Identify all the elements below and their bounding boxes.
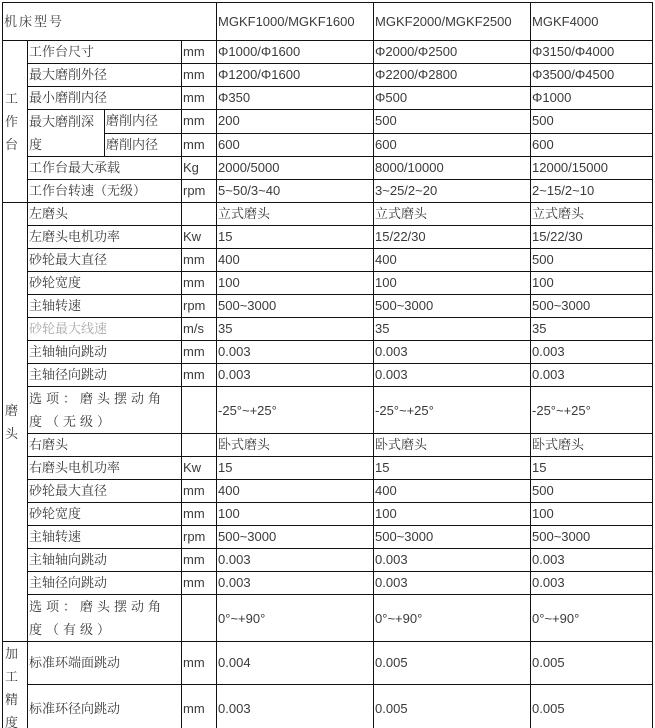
- row-unit: Kw: [182, 226, 217, 249]
- table-row: 选项：磨头摆动角度（有级） 0°~+90° 0°~+90° 0°~+90°: [3, 595, 653, 642]
- cell-value: 400: [217, 249, 374, 272]
- cell-value: 15: [217, 457, 374, 480]
- row-label: 砂轮最大线速: [28, 318, 182, 341]
- row-unit: Kw: [182, 457, 217, 480]
- row-label: 主轴转速: [28, 526, 182, 549]
- cell-value: Φ1000/Φ1600: [217, 41, 374, 64]
- table-row: 磨头 左磨头 立式磨头 立式磨头 立式磨头: [3, 203, 653, 226]
- cell-value: Φ1000: [531, 87, 653, 110]
- cell-value: 12000/15000: [531, 157, 653, 180]
- cell-value: 0.003: [531, 364, 653, 387]
- cell-value: -25°~+25°: [374, 387, 531, 434]
- row-unit: rpm: [182, 526, 217, 549]
- table-row: 工作台 工作台尺寸 mm Φ1000/Φ1600 Φ2000/Φ2500 Φ31…: [3, 41, 653, 64]
- row-label: 砂轮宽度: [28, 503, 182, 526]
- row-label: 主轴转速: [28, 295, 182, 318]
- cell-value: 5~50/3~40: [217, 180, 374, 203]
- row-unit: mm: [182, 684, 217, 728]
- cell-value: 0°~+90°: [374, 595, 531, 642]
- cell-value: 400: [374, 249, 531, 272]
- row-label: 右磨头: [28, 434, 182, 457]
- cell-value: 500~3000: [374, 295, 531, 318]
- row-unit: mm: [182, 572, 217, 595]
- cell-value: 0.005: [374, 684, 531, 728]
- cell-value: 500~3000: [531, 526, 653, 549]
- cell-value: -25°~+25°: [217, 387, 374, 434]
- row-unit: mm: [182, 364, 217, 387]
- row-unit: m/s: [182, 318, 217, 341]
- cell-value: 15: [531, 457, 653, 480]
- cell-value: 8000/10000: [374, 157, 531, 180]
- row-label: 右磨头电机功率: [28, 457, 182, 480]
- row-unit: mm: [182, 41, 217, 64]
- cell-value: 100: [374, 272, 531, 295]
- row-unit: [182, 203, 217, 226]
- cell-value: 0.003: [217, 684, 374, 728]
- cell-value: 2~15/2~10: [531, 180, 653, 203]
- cell-value: 15/22/30: [374, 226, 531, 249]
- cell-value: 500: [531, 480, 653, 503]
- cell-value: 卧式磨头: [531, 434, 653, 457]
- table-row: 右磨头电机功率 Kw 15 15 15: [3, 457, 653, 480]
- row-sublabel: 磨削内径: [105, 133, 182, 157]
- row-label: 左磨头电机功率: [28, 226, 182, 249]
- header-row: 机床型号 MGKF1000/MGKF1600 MGKF2000/MGKF2500…: [3, 3, 653, 41]
- table-row: 主轴转速 rpm 500~3000 500~3000 500~3000: [3, 295, 653, 318]
- group-accuracy: 加工精度: [3, 642, 28, 728]
- group-grinding-head: 磨头: [3, 203, 28, 642]
- table-row: 砂轮最大直径 mm 400 400 500: [3, 480, 653, 503]
- row-sublabel: 磨削内径: [105, 110, 182, 134]
- row-label: 选项：磨头摆动角度（无级）: [28, 387, 182, 434]
- cell-value: 500~3000: [217, 295, 374, 318]
- row-unit: [182, 595, 217, 642]
- cell-value: 2000/5000: [217, 157, 374, 180]
- row-label: 左磨头: [28, 203, 182, 226]
- row-unit: rpm: [182, 295, 217, 318]
- cell-value: 15: [374, 457, 531, 480]
- row-label: 砂轮宽度: [28, 272, 182, 295]
- model-label: 机床型号: [3, 3, 217, 41]
- table-row: 砂轮最大直径 mm 400 400 500: [3, 249, 653, 272]
- cell-value: 0.005: [531, 642, 653, 685]
- cell-value: Φ500: [374, 87, 531, 110]
- cell-value: 35: [217, 318, 374, 341]
- row-unit: mm: [182, 503, 217, 526]
- row-label: 工作台转速（无级）: [28, 180, 182, 203]
- cell-value: 0.003: [531, 549, 653, 572]
- table-row: 工作台转速（无级） rpm 5~50/3~40 3~25/2~20 2~15/2…: [3, 180, 653, 203]
- row-unit: mm: [182, 272, 217, 295]
- table-row: 右磨头 卧式磨头 卧式磨头 卧式磨头: [3, 434, 653, 457]
- cell-value: 0.003: [217, 572, 374, 595]
- row-label: 主轴径向跳动: [28, 364, 182, 387]
- row-label: 砂轮最大直径: [28, 249, 182, 272]
- cell-value: 立式磨头: [217, 203, 374, 226]
- cell-value: 0.004: [217, 642, 374, 685]
- table-row: 砂轮宽度 mm 100 100 100: [3, 272, 653, 295]
- cell-value: 3~25/2~20: [374, 180, 531, 203]
- row-label: 主轴径向跳动: [28, 572, 182, 595]
- row-label: 选项：磨头摆动角度（有级）: [28, 595, 182, 642]
- cell-value: Φ350: [217, 87, 374, 110]
- cell-value: 100: [531, 272, 653, 295]
- cell-value: Φ3150/Φ4000: [531, 41, 653, 64]
- cell-value: 100: [217, 503, 374, 526]
- cell-value: Φ2200/Φ2800: [374, 64, 531, 87]
- cell-value: Φ1200/Φ1600: [217, 64, 374, 87]
- table-row: 主轴径向跳动 mm 0.003 0.003 0.003: [3, 364, 653, 387]
- cell-value: 0.003: [531, 341, 653, 364]
- cell-value: 200: [217, 110, 374, 134]
- row-unit: mm: [182, 249, 217, 272]
- row-unit: mm: [182, 549, 217, 572]
- row-unit: mm: [182, 64, 217, 87]
- cell-value: 立式磨头: [531, 203, 653, 226]
- cell-value: 0.005: [374, 642, 531, 685]
- cell-value: 600: [531, 133, 653, 157]
- row-label: 标准环端面跳动: [28, 642, 182, 685]
- row-unit: [182, 387, 217, 434]
- table-row: 主轴径向跳动 mm 0.003 0.003 0.003: [3, 572, 653, 595]
- row-label: 工作台尺寸: [28, 41, 182, 64]
- cell-value: 0.003: [531, 572, 653, 595]
- row-unit: mm: [182, 87, 217, 110]
- cell-value: 0.003: [374, 549, 531, 572]
- cell-value: 0.003: [374, 341, 531, 364]
- cell-value: 15: [217, 226, 374, 249]
- table-row: 标准环径向跳动 mm 0.003 0.005 0.005: [3, 684, 653, 728]
- cell-value: 35: [374, 318, 531, 341]
- cell-value: 0.003: [217, 364, 374, 387]
- cell-value: Φ3500/Φ4500: [531, 64, 653, 87]
- cell-value: 卧式磨头: [374, 434, 531, 457]
- cell-value: 卧式磨头: [217, 434, 374, 457]
- cell-value: 500: [531, 249, 653, 272]
- cell-value: Φ2000/Φ2500: [374, 41, 531, 64]
- row-label: 最大磨削深度: [28, 110, 105, 157]
- cell-value: 600: [374, 133, 531, 157]
- cell-value: 500: [374, 110, 531, 134]
- table-row: 砂轮最大线速 m/s 35 35 35: [3, 318, 653, 341]
- cell-value: 0.005: [531, 684, 653, 728]
- cell-value: 500~3000: [374, 526, 531, 549]
- cell-value: 0°~+90°: [531, 595, 653, 642]
- row-label: 主轴轴向跳动: [28, 341, 182, 364]
- row-label: 标准环径向跳动: [28, 684, 182, 728]
- table-row: 工作台最大承载 Kg 2000/5000 8000/10000 12000/15…: [3, 157, 653, 180]
- model-col-3: MGKF4000: [531, 3, 653, 41]
- table-row: 主轴轴向跳动 mm 0.003 0.003 0.003: [3, 341, 653, 364]
- cell-value: 0.003: [217, 341, 374, 364]
- table-row: 最大磨削深度 磨削内径 mm 200 500 500: [3, 110, 653, 134]
- row-unit: mm: [182, 480, 217, 503]
- cell-value: 0.003: [217, 549, 374, 572]
- row-unit: mm: [182, 133, 217, 157]
- cell-value: 0.003: [374, 364, 531, 387]
- row-label: 工作台最大承载: [28, 157, 182, 180]
- row-unit: mm: [182, 110, 217, 134]
- cell-value: 500: [531, 110, 653, 134]
- table-row: 加工精度 标准环端面跳动 mm 0.004 0.005 0.005: [3, 642, 653, 685]
- row-unit: rpm: [182, 180, 217, 203]
- table-row: 左磨头电机功率 Kw 15 15/22/30 15/22/30: [3, 226, 653, 249]
- cell-value: 立式磨头: [374, 203, 531, 226]
- cell-value: 0.003: [374, 572, 531, 595]
- cell-value: 100: [217, 272, 374, 295]
- cell-value: 400: [374, 480, 531, 503]
- table-row: 主轴转速 rpm 500~3000 500~3000 500~3000: [3, 526, 653, 549]
- model-col-2: MGKF2000/MGKF2500: [374, 3, 531, 41]
- cell-value: -25°~+25°: [531, 387, 653, 434]
- row-unit: mm: [182, 341, 217, 364]
- table-row: 最大磨削外径 mm Φ1200/Φ1600 Φ2200/Φ2800 Φ3500/…: [3, 64, 653, 87]
- cell-value: 0°~+90°: [217, 595, 374, 642]
- table-row: 选项：磨头摆动角度（无级） -25°~+25° -25°~+25° -25°~+…: [3, 387, 653, 434]
- cell-value: 400: [217, 480, 374, 503]
- cell-value: 15/22/30: [531, 226, 653, 249]
- cell-value: 35: [531, 318, 653, 341]
- cell-value: 500~3000: [217, 526, 374, 549]
- table-row: 砂轮宽度 mm 100 100 100: [3, 503, 653, 526]
- row-label: 最大磨削外径: [28, 64, 182, 87]
- cell-value: 600: [217, 133, 374, 157]
- row-label: 主轴轴向跳动: [28, 549, 182, 572]
- table-row: 最小磨削内径 mm Φ350 Φ500 Φ1000: [3, 87, 653, 110]
- table-row: 主轴轴向跳动 mm 0.003 0.003 0.003: [3, 549, 653, 572]
- cell-value: 100: [374, 503, 531, 526]
- model-col-1: MGKF1000/MGKF1600: [217, 3, 374, 41]
- group-worktable: 工作台: [3, 41, 28, 203]
- spec-table: 机床型号 MGKF1000/MGKF1600 MGKF2000/MGKF2500…: [2, 2, 653, 728]
- cell-value: 100: [531, 503, 653, 526]
- row-unit: [182, 434, 217, 457]
- row-unit: mm: [182, 642, 217, 685]
- cell-value: 500~3000: [531, 295, 653, 318]
- row-unit: Kg: [182, 157, 217, 180]
- row-label: 最小磨削内径: [28, 87, 182, 110]
- row-label: 砂轮最大直径: [28, 480, 182, 503]
